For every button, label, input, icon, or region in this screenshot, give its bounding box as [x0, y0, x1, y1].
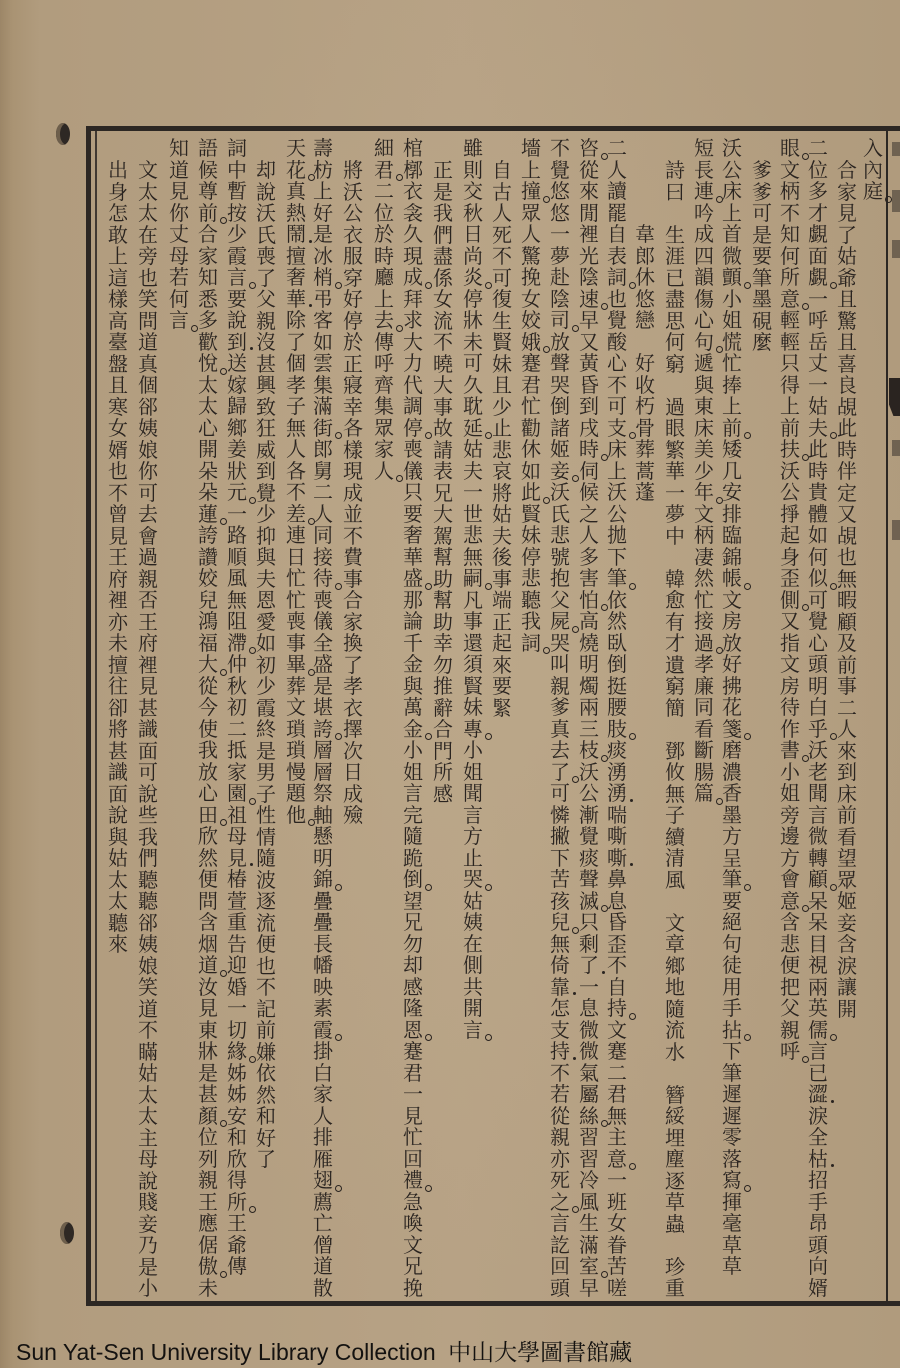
character: 毫: [720, 1213, 744, 1235]
character: 層: [311, 740, 335, 762]
character: 一: [225, 998, 249, 1020]
character: 蹇: [519, 353, 543, 375]
character: 郤: [136, 397, 160, 419]
character: 是: [254, 741, 278, 763]
character: 面: [136, 741, 160, 763]
character: 文: [692, 504, 716, 526]
text-column: 語候尊前。合家知悉多歡悅。太太心開朵朵蓮。誇讚姣兒鴻福大。從今使我放心田。欣然便…: [196, 138, 220, 1299]
character: 起: [778, 525, 802, 547]
character: 亦: [106, 612, 130, 634]
character: 覘: [835, 397, 859, 419]
character: 婿: [806, 1278, 830, 1300]
character: 重: [225, 912, 249, 934]
punctuation-circle-mark: 。: [335, 583, 342, 590]
character: 郎: [633, 246, 657, 268]
character: [663, 547, 687, 569]
character: 怎: [548, 998, 572, 1020]
punctuation-dot-mark: 、: [573, 992, 576, 995]
character: 接: [311, 547, 335, 569]
character: 感: [401, 977, 425, 999]
character: 知: [167, 138, 191, 160]
character: 久: [401, 224, 425, 246]
character: 男: [254, 762, 278, 784]
character: 見、: [225, 848, 249, 870]
character: 草: [663, 1192, 687, 1214]
character: 跪: [401, 848, 425, 870]
character: 傷: [692, 289, 716, 311]
character: 諸: [548, 418, 572, 440]
character: 斷: [692, 740, 716, 762]
character: 麼: [750, 332, 774, 354]
character: 太: [106, 891, 130, 913]
character: 招: [806, 1170, 830, 1192]
character: 親: [548, 1127, 572, 1149]
character: 公: [577, 783, 601, 805]
character: 女: [431, 289, 455, 311]
character: 候: [577, 482, 601, 504]
character: 霞: [254, 698, 278, 720]
character: 姐: [461, 762, 485, 784]
character: 在: [461, 934, 485, 956]
character: 否: [136, 590, 160, 612]
character: 掙: [778, 504, 802, 526]
character: 風: [225, 568, 249, 590]
character: 零: [720, 1127, 744, 1149]
character: 集: [311, 375, 335, 397]
character: 孝: [692, 654, 716, 676]
character: 扶。: [778, 439, 802, 461]
character: 換: [341, 633, 365, 655]
character: 前。: [196, 203, 220, 225]
character: 初: [225, 697, 249, 719]
character: 了: [254, 268, 278, 290]
character: 槨: [401, 160, 425, 182]
character: 持、: [548, 1041, 572, 1063]
character: 今: [196, 697, 220, 719]
punctuation-circle-mark: 。: [830, 432, 837, 439]
character: 來: [835, 741, 859, 763]
punctuation-circle-mark: 。: [485, 884, 492, 891]
character: 忙: [720, 353, 744, 375]
character: 息: [605, 891, 629, 913]
text-column: 不覺悠悠一夢赴陰司。放聲哭倒諸姬妾。沃氏悲號抱父屍。哭叫親爹真去了。可憐撇下苦孩…: [548, 138, 572, 1299]
character: 止: [490, 418, 514, 440]
character: 休: [519, 439, 543, 461]
character: 言。: [461, 1020, 485, 1042]
character: 隆: [401, 998, 425, 1020]
character: 又: [835, 504, 859, 526]
punctuation-circle-mark: 。: [601, 755, 608, 762]
text-column: 將沃公衣服穿好停於正寢幸各樣現成並不費事合家換了孝衣擇次日成殮: [341, 160, 365, 827]
character: 時: [806, 461, 830, 483]
character: 邊: [778, 826, 802, 848]
character: 之: [577, 504, 601, 526]
character: 爺: [835, 268, 859, 290]
character: 姊: [225, 1063, 249, 1085]
character: 禮。: [401, 1170, 425, 1192]
character: 上: [778, 396, 802, 418]
character: 尊: [196, 181, 220, 203]
character: 室。: [577, 1256, 601, 1278]
character: 中: [225, 160, 249, 182]
character: 娥。: [519, 332, 543, 354]
character: 停: [461, 289, 485, 311]
character: 寫。: [720, 1170, 744, 1192]
character: 滯。: [225, 633, 249, 655]
character: 你: [136, 461, 160, 483]
character: 人: [490, 203, 514, 225]
character: 大: [431, 504, 455, 526]
character: 仲: [225, 654, 249, 676]
character: 於: [341, 332, 365, 354]
character: 已: [806, 1063, 830, 1085]
character: 三: [577, 719, 601, 741]
punctuation-circle-mark: 。: [308, 518, 315, 525]
text-column: 棺槨衣衾久現成。拜求大力代調停。喪儀只要奢華盛。那論千金與萬金。小姐言完隨跪倒。…: [401, 138, 425, 1299]
character: 骨: [633, 418, 657, 440]
character: 挽: [401, 1278, 425, 1300]
punctuation-circle-mark: 。: [802, 1056, 809, 1063]
character: 言: [548, 1213, 572, 1235]
punctuation-circle-mark: 。: [249, 497, 256, 504]
character: 初: [254, 655, 278, 677]
character: 才: [663, 633, 687, 655]
character: 要: [225, 289, 249, 311]
character: 眼: [663, 418, 687, 440]
character: 小: [461, 740, 485, 762]
character: 暫: [225, 181, 249, 203]
character: 沃: [605, 482, 629, 504]
character: 爺: [225, 1235, 249, 1257]
punctuation-circle-mark: 。: [543, 497, 550, 504]
character: 論: [401, 611, 425, 633]
character: 逐: [254, 891, 278, 913]
character: 依: [254, 1063, 278, 1085]
character: 二: [225, 719, 249, 741]
character: 忙: [692, 590, 716, 612]
character: 太: [136, 1085, 160, 1107]
text-column: 入內庭。: [861, 138, 885, 203]
character: 開: [461, 998, 485, 1020]
character: 道: [167, 160, 191, 182]
character: 王: [196, 1192, 220, 1214]
character: [663, 375, 687, 397]
character: 拋: [605, 525, 629, 547]
character: 了: [254, 1149, 278, 1171]
character: 悲: [519, 568, 543, 590]
character: 求: [401, 310, 425, 332]
character: 君: [519, 375, 543, 397]
character: 屬: [577, 1084, 601, 1106]
character: 地: [663, 977, 687, 999]
character: 且: [490, 375, 514, 397]
character: 幫: [431, 590, 455, 612]
character: 如: [519, 461, 543, 483]
text-column: 詞中暫按少霞言。要說到、送嫁歸鄉姜狀元。一路順風無阻滯。仲秋初二抵家園。祖母見、…: [225, 138, 249, 1278]
punctuation-dot-mark: 、: [309, 304, 312, 307]
character: 讚: [196, 547, 220, 569]
character: 感: [431, 784, 455, 806]
character: 埋: [663, 1128, 687, 1150]
character: 到: [577, 396, 601, 418]
character: 有: [663, 612, 687, 634]
character: 墨: [750, 289, 774, 311]
character: 合: [431, 719, 455, 741]
character: 葬: [284, 676, 308, 698]
character: 還: [461, 633, 485, 655]
character: 且: [106, 375, 130, 397]
character: 盡: [431, 246, 455, 268]
character: 何: [806, 547, 830, 569]
character: 推: [431, 676, 455, 698]
character: 主: [136, 1128, 160, 1150]
character: 床: [720, 181, 744, 203]
character: 太: [196, 375, 220, 397]
character: 夫: [461, 461, 485, 483]
character: 少: [490, 397, 514, 419]
character: 微: [806, 826, 830, 848]
character: 陰: [548, 289, 572, 311]
character: 窮: [663, 676, 687, 698]
punctuation-circle-mark: 。: [335, 1034, 342, 1041]
character: 蓮。: [196, 504, 220, 526]
character: 望: [835, 848, 859, 870]
character: 白: [311, 1063, 335, 1085]
character: 阻: [225, 611, 249, 633]
character: 客: [311, 310, 335, 332]
character: 早: [577, 1278, 601, 1300]
character: 如: [806, 525, 830, 547]
character: 姑: [136, 1063, 160, 1085]
character: 大: [431, 375, 455, 397]
character: 道: [136, 332, 160, 354]
character: 多: [806, 181, 830, 203]
punctuation-circle-mark: 。: [249, 282, 256, 289]
character: 得: [225, 1170, 249, 1192]
character: 勿: [431, 655, 455, 677]
character: 磨: [720, 740, 744, 762]
character: 箋。: [720, 719, 744, 741]
character: 也: [136, 268, 160, 290]
character: 悲: [461, 525, 485, 547]
character: 自: [605, 977, 629, 999]
character: 風: [577, 1192, 601, 1214]
fold-column-divider: [886, 131, 888, 1301]
character: 家: [225, 762, 249, 784]
character: 二: [835, 698, 859, 720]
character: 不: [548, 1063, 572, 1085]
character: 身: [778, 547, 802, 569]
character: 門: [431, 741, 455, 763]
character: 亦: [548, 1149, 572, 1171]
character: 無: [461, 547, 485, 569]
character: 昏: [577, 375, 601, 397]
character: 掛: [311, 1041, 335, 1063]
character: 家: [835, 182, 859, 204]
punctuation-circle-mark: 。: [220, 970, 227, 977]
character: 合: [835, 160, 859, 182]
character: 老: [806, 762, 830, 784]
character: 從: [196, 676, 220, 698]
character: 盤: [106, 354, 130, 376]
character: 娘: [136, 956, 160, 978]
punctuation-circle-mark: 。: [425, 733, 432, 740]
character: 上: [519, 160, 543, 182]
frame-inner-left-line: [95, 131, 97, 1301]
character: 正: [341, 354, 365, 376]
character: 從: [548, 1106, 572, 1128]
character: 是: [196, 1063, 220, 1085]
character: 短: [692, 138, 716, 160]
character: 顫。: [720, 267, 744, 289]
character: 怎: [106, 203, 130, 225]
character: 覺: [548, 160, 572, 182]
text-column: 細君。二位於時廳上去。傳呼齊集眾家人。: [372, 138, 396, 482]
character: 我: [519, 611, 543, 633]
character: 過。: [692, 633, 716, 655]
fold-column-glyph-fragment: [892, 440, 900, 456]
character: 生: [490, 311, 514, 333]
character: 訖: [548, 1235, 572, 1257]
character: 讀: [605, 181, 629, 203]
punctuation-circle-mark: 。: [485, 432, 492, 439]
character: 隨: [254, 848, 278, 870]
poem-column: 韋郎休悠戀 好收朽骨葬蒿蓬: [633, 224, 657, 504]
character: 未: [106, 633, 130, 655]
character: 長: [692, 160, 716, 182]
punctuation-circle-mark: 。: [249, 1206, 256, 1213]
character: 敢: [106, 225, 130, 247]
character: 鴻: [196, 611, 220, 633]
character: 東: [196, 1020, 220, 1042]
character: 酸: [605, 332, 629, 354]
character: 文: [720, 590, 744, 612]
character: 路: [225, 525, 249, 547]
character: 憐: [548, 805, 572, 827]
character: 耽: [461, 396, 485, 418]
character: 也: [254, 956, 278, 978]
character: 王: [136, 612, 160, 634]
character: 寢: [341, 375, 365, 397]
character: 兄: [401, 1256, 425, 1278]
character: 句。: [692, 332, 716, 354]
character: 開: [835, 999, 859, 1021]
character: 去。: [372, 310, 396, 332]
character: 不: [605, 955, 629, 977]
punctuation-circle-mark: 。: [485, 1034, 492, 1041]
character: 貴: [806, 482, 830, 504]
character: 忙: [284, 590, 308, 612]
character: 未: [196, 1278, 220, 1300]
punctuation-circle-mark: 。: [220, 518, 227, 525]
character: 定: [835, 483, 859, 505]
character: 光: [577, 246, 601, 268]
character: 明: [311, 848, 335, 870]
character: 隨: [663, 999, 687, 1021]
character: 湧、: [605, 783, 629, 805]
character: 簪: [663, 1085, 687, 1107]
character: 華: [663, 461, 687, 483]
character: 不: [106, 483, 130, 505]
character: 可: [461, 353, 485, 375]
punctuation-dot-mark: 、: [309, 240, 312, 243]
character: 死: [490, 225, 514, 247]
punctuation-circle-mark: 。: [308, 174, 315, 181]
character: 臺: [106, 332, 130, 354]
character: 素: [311, 998, 335, 1020]
punctuation-circle-mark: 。: [601, 1120, 608, 1127]
character: 緊: [490, 698, 514, 720]
character: 意。: [605, 1149, 629, 1171]
character: 汝: [196, 977, 220, 999]
character: 霞: [225, 246, 249, 268]
character: 倒: [548, 396, 572, 418]
fold-column-glyph-fragment: [892, 520, 900, 540]
character: 翅。: [311, 1170, 335, 1192]
character: 姑: [490, 504, 514, 526]
character: 勿: [401, 934, 425, 956]
character: 子: [254, 784, 278, 806]
character: 不: [490, 246, 514, 268]
character: 應: [196, 1213, 220, 1235]
character: 衣: [341, 225, 365, 247]
character: 前: [835, 805, 859, 827]
character: 個: [284, 353, 308, 375]
character: 衣: [341, 698, 365, 720]
character: 差。: [284, 504, 308, 526]
character: 句: [720, 934, 744, 956]
punctuation-circle-mark: 。: [744, 432, 751, 439]
character: 曰: [663, 182, 687, 204]
character: 壽: [311, 138, 335, 160]
character: [663, 719, 687, 741]
punctuation-circle-mark: 。: [543, 647, 550, 654]
character: 曾: [106, 504, 130, 526]
punctuation-circle-mark: 。: [629, 282, 636, 289]
character: 位: [196, 1127, 220, 1149]
character: [663, 1235, 687, 1257]
character: 兩: [577, 697, 601, 719]
character: 若: [167, 267, 191, 289]
character: 又: [577, 332, 601, 354]
character: 淚: [835, 956, 859, 978]
character: 頭: [806, 1235, 830, 1257]
character: 映: [311, 977, 335, 999]
character: 作: [778, 719, 802, 741]
character: 面: [806, 246, 830, 268]
character: 要: [720, 891, 744, 913]
character: 田。: [196, 805, 220, 827]
character: 事: [461, 611, 485, 633]
character: 讓: [835, 977, 859, 999]
character: 孩: [548, 891, 572, 913]
character: 東: [692, 396, 716, 418]
text-column: 自古人死不可復生賢妹且少止悲哀將姑夫後事端正起來要緊: [490, 160, 514, 719]
character: 牀: [196, 1041, 220, 1063]
character: 那: [401, 590, 425, 612]
character: 知: [778, 224, 802, 246]
punctuation-circle-mark: 。: [716, 196, 723, 203]
character: 燭: [577, 676, 601, 698]
character: 忙: [401, 1127, 425, 1149]
character: 續: [663, 827, 687, 849]
character: 儀: [311, 611, 335, 633]
character: 岳: [806, 332, 830, 354]
character: 愛: [254, 612, 278, 634]
character: 兩: [806, 977, 830, 999]
character: 炎。: [461, 267, 485, 289]
character: 位: [806, 160, 830, 182]
